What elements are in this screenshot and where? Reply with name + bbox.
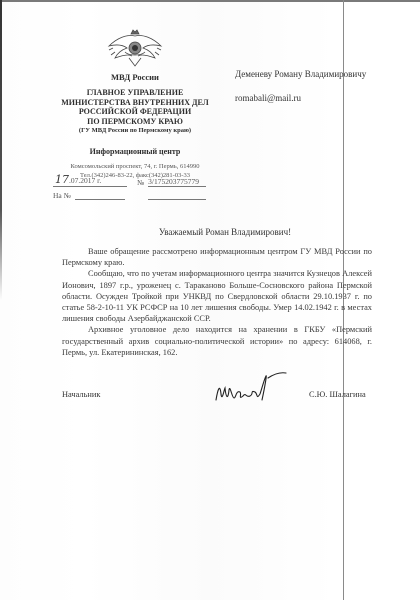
registration-block: 17.07.2017 г. № 3/175203775779 На № <box>53 174 206 200</box>
reply-to-row: На № <box>53 187 206 200</box>
letterhead: МВД России ГЛАВНОЕ УПРАВЛЕНИЕ МИНИСТЕРСТ… <box>50 28 220 180</box>
body-paragraph: Архивное уголовное дело находится на хра… <box>62 324 372 358</box>
letter-body: Ваше обращение рассмотрено информационны… <box>62 246 372 358</box>
number-label: № <box>137 178 144 187</box>
street-address: Комсомольский проспект, 74, г. Пермь, 61… <box>50 162 220 171</box>
org-line: МИНИСТЕРСТВА ВНУТРЕННИХ ДЕЛ <box>50 98 220 108</box>
page-left-shadow <box>0 0 2 300</box>
date-month-year: .07.2017 г. <box>69 176 101 185</box>
letter-page: МВД России ГЛАВНОЕ УПРАВЛЕНИЕ МИНИСТЕРСТ… <box>0 0 420 600</box>
organization-name: ГЛАВНОЕ УПРАВЛЕНИЕ МИНИСТЕРСТВА ВНУТРЕНН… <box>50 88 220 135</box>
handwritten-signature-icon <box>210 370 290 410</box>
salutation: Уважаемый Роман Владимирович! <box>0 227 420 237</box>
letter-date: 17.07.2017 г. <box>53 173 127 187</box>
org-short-name: (ГУ МВД России по Пермскому краю) <box>50 126 220 135</box>
signer-name: С.Ю. Шалагина <box>309 390 366 399</box>
reply-to-label: На № <box>53 191 71 200</box>
date-number-row: 17.07.2017 г. № 3/175203775779 <box>53 174 206 187</box>
addressee-block: Деменеву Роману Владимировичу romabali@m… <box>235 69 366 103</box>
org-line: РОССИЙСКОЙ ФЕДЕРАЦИИ <box>50 107 220 117</box>
org-line: ПО ПЕРМСКОМУ КРАЮ <box>50 117 220 127</box>
reply-to-number-blank <box>148 191 206 200</box>
letter-number: 3/175203775779 <box>148 177 206 187</box>
handwritten-day: 17 <box>55 173 69 186</box>
signature-block: Начальник С.Ю. Шалагина <box>62 378 382 418</box>
ministry-name: МВД России <box>50 72 220 82</box>
addressee-email: romabali@mail.ru <box>235 93 366 103</box>
reply-to-blank <box>75 191 125 200</box>
org-line: ГЛАВНОЕ УПРАВЛЕНИЕ <box>50 88 220 98</box>
page-top-edge <box>0 0 420 2</box>
mvd-eagle-emblem-icon <box>105 28 165 70</box>
body-paragraph: Сообщаю, что по учетам информационного ц… <box>62 268 372 324</box>
signer-title: Начальник <box>62 390 100 399</box>
department-name: Информационный центр <box>50 147 220 156</box>
addressee-name: Деменеву Роману Владимировичу <box>235 69 366 79</box>
body-paragraph: Ваше обращение рассмотрено информационны… <box>62 246 372 268</box>
